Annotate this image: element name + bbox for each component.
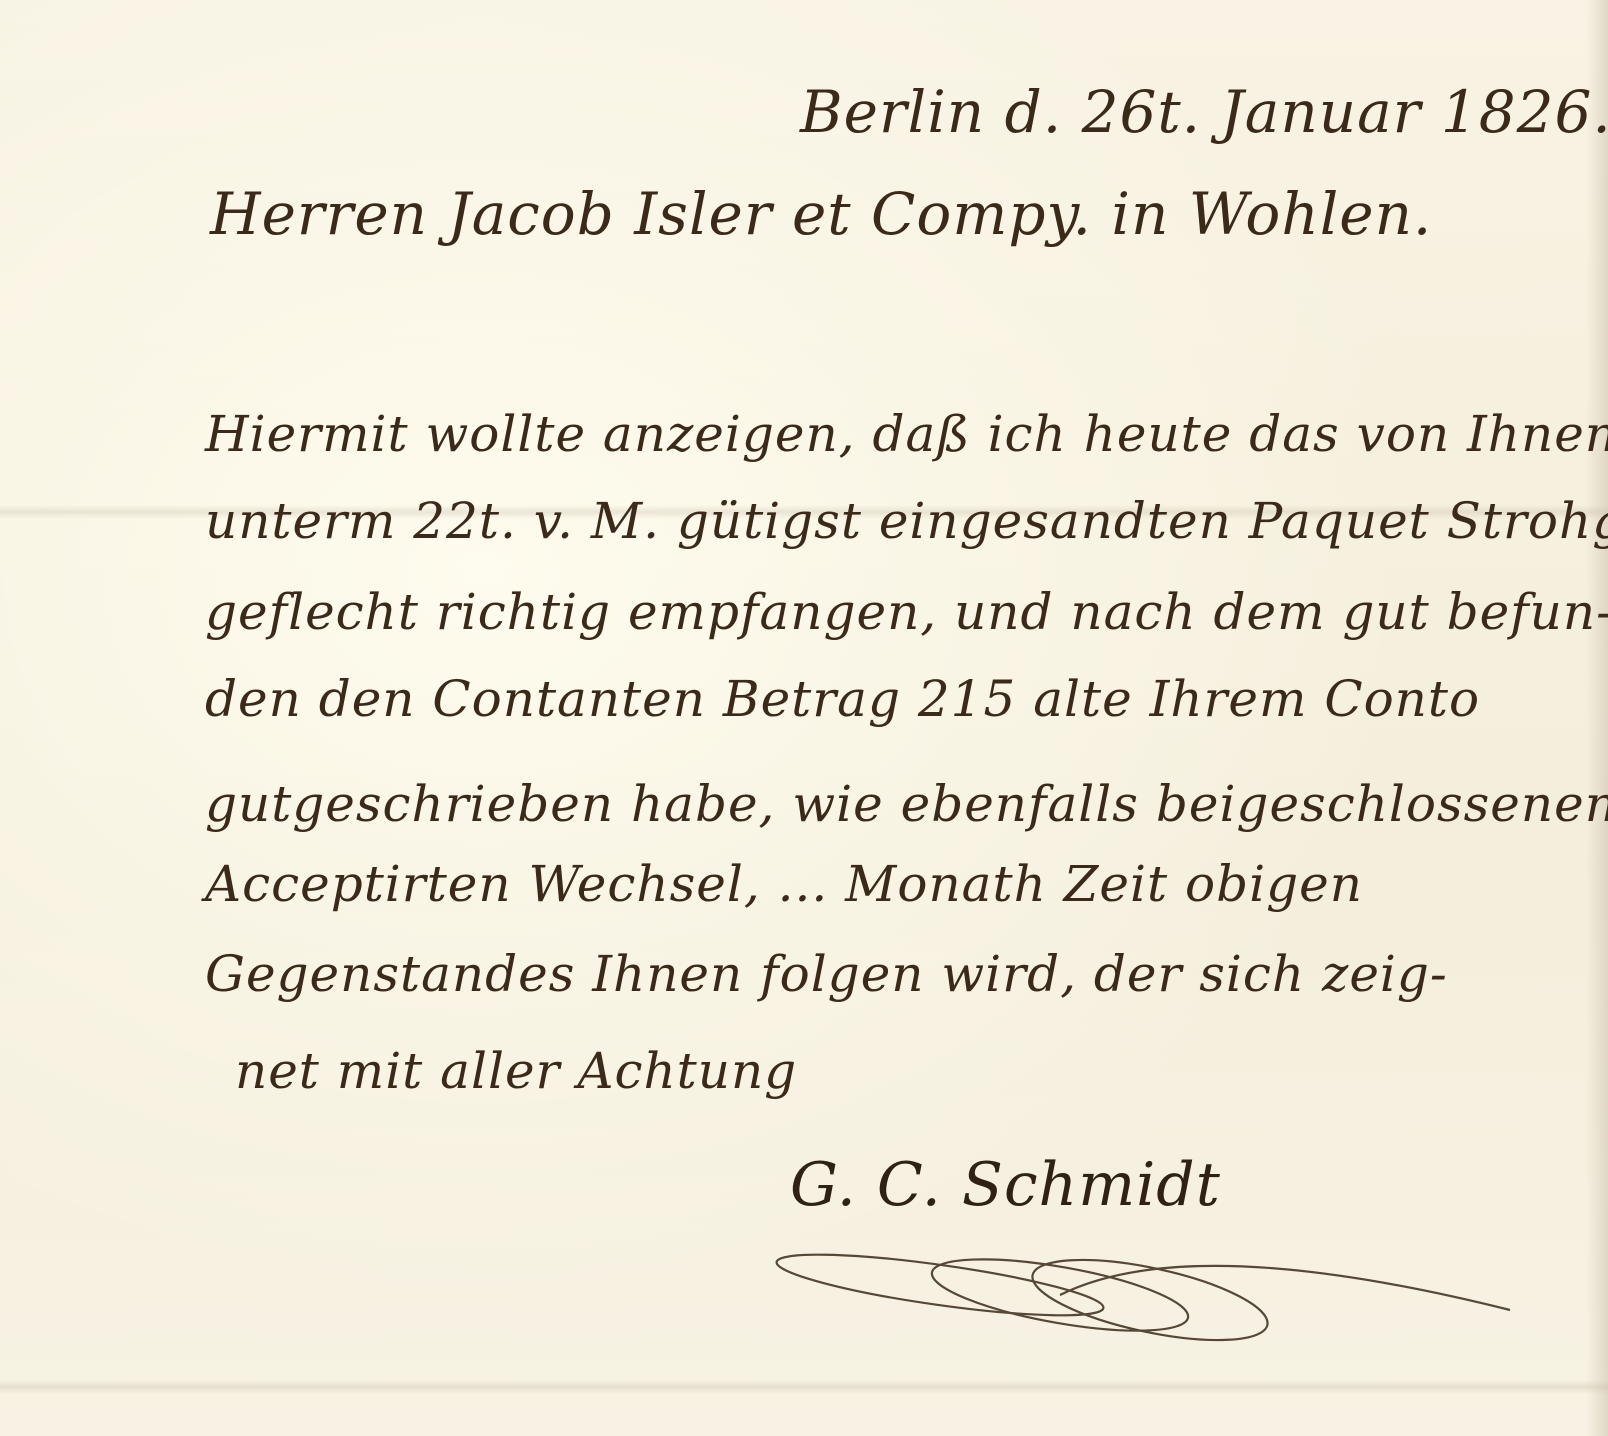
signature: G. C. Schmidt bbox=[790, 1150, 1221, 1220]
body-line: Acceptirten Wechsel, ... Monath Zeit obi… bbox=[205, 855, 1363, 913]
paper-fold bbox=[0, 1380, 1608, 1394]
body-line: gutgeschrieben habe, wie ebenfalls beige… bbox=[205, 775, 1608, 833]
body-line: Hiermit wollte anzeigen, daß ich heute d… bbox=[205, 405, 1608, 463]
body-line: unterm 22t. v. M. gütigst eingesandten P… bbox=[205, 492, 1608, 550]
dateline: Berlin d. 26t. Januar 1826. bbox=[800, 78, 1608, 146]
recipient-address: Herren Jacob Isler et Compy. in Wohlen. bbox=[210, 180, 1432, 248]
signature-flourish-icon bbox=[770, 1240, 1530, 1350]
closing-line: net mit aller Achtung bbox=[235, 1042, 797, 1100]
paper-edge bbox=[1586, 0, 1608, 1436]
body-line: geflecht richtig empfangen, und nach dem… bbox=[205, 583, 1608, 641]
letter-page: Berlin d. 26t. Januar 1826. Herren Jacob… bbox=[0, 0, 1608, 1436]
body-line: Gegenstandes Ihnen folgen wird, der sich… bbox=[205, 945, 1448, 1003]
body-line: den den Contanten Betrag 215 alte Ihrem … bbox=[205, 670, 1480, 728]
